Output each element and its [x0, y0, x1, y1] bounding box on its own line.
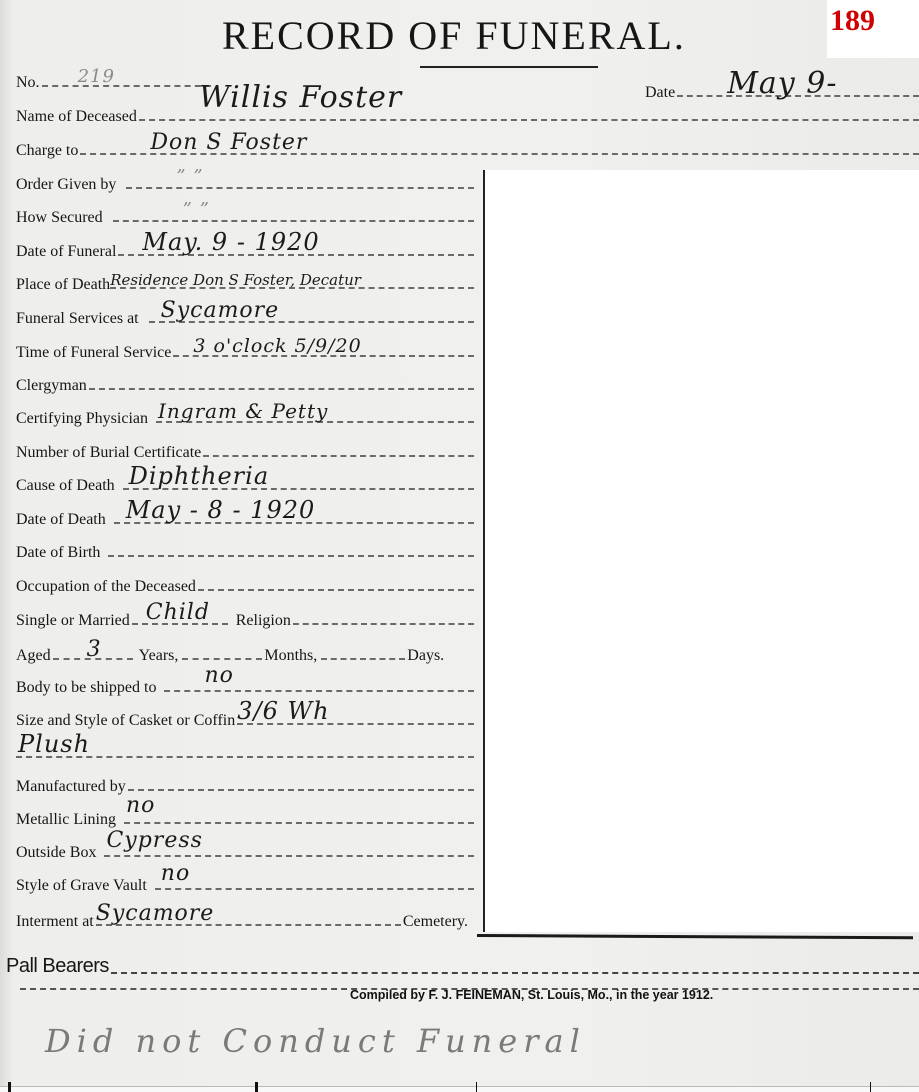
field-label: Pall Bearers: [6, 955, 109, 978]
field-label: How Secured: [16, 209, 103, 227]
field-label: Place of Death: [16, 276, 110, 294]
field-clergyman: Clergyman: [16, 371, 474, 395]
field-value[interactable]: 3 o'clock 5/9/20: [193, 335, 361, 357]
field-label: Style of Grave Vault: [16, 877, 147, 895]
field-label: Order Given by: [16, 176, 116, 194]
blank-panel: [483, 170, 919, 932]
field-label: Metallic Lining: [16, 811, 116, 829]
field-date-of-birth: Date of Birth: [16, 538, 474, 562]
field-value[interactable]: Sycamore: [161, 298, 280, 323]
field-casket-size-style: Size and Style of Casket or Coffin 3/6 W…: [16, 706, 474, 730]
field-manufactured-by: Manufactured by: [16, 772, 474, 796]
field-value[interactable]: ” ”: [176, 166, 203, 187]
field-date: Date May 9-: [645, 78, 919, 102]
field-value[interactable]: Cypress: [106, 828, 202, 853]
field-value[interactable]: ” ”: [183, 199, 210, 220]
field-value[interactable]: Ingram & Petty: [158, 399, 328, 423]
field-label: Body to be shipped to: [16, 679, 156, 697]
months-label: Months,: [264, 647, 317, 665]
field-value-continuation[interactable]: Plush: [18, 730, 90, 758]
field-value[interactable]: Don S Foster: [150, 130, 307, 155]
edge-mark: [476, 1082, 477, 1092]
field-value[interactable]: no: [204, 663, 233, 688]
field-pall-bearers: Pall Bearers: [6, 948, 919, 978]
field-burial-certificate-number: Number of Burial Certificate: [16, 438, 474, 462]
field-label: No.: [16, 74, 40, 92]
page-number: 189: [830, 4, 875, 38]
cemetery-suffix: Cemetery.: [403, 913, 468, 931]
field-value[interactable]: 3/6 Wh: [237, 697, 329, 725]
field-certifying-physician: Certifying Physician Ingram & Petty: [16, 404, 474, 428]
edge-mark: [255, 1082, 258, 1092]
field-label: Occupation of the Deceased: [16, 578, 196, 596]
field-label: Certifying Physician: [16, 410, 148, 428]
compiled-by-imprint: Compiled by F. J. FEINEMAN, St. Louis, M…: [350, 988, 713, 1002]
field-label: Interment at: [16, 913, 94, 931]
field-value[interactable]: 219: [78, 66, 115, 87]
field-value[interactable]: May. 9 - 1920: [142, 228, 319, 256]
field-single-or-married: Single or Married Child Religion: [16, 606, 474, 630]
field-value[interactable]: Willis Foster: [199, 80, 402, 115]
field-value[interactable]: Diphtheria: [129, 462, 270, 490]
field-label: Cause of Death: [16, 477, 115, 495]
field-value[interactable]: no: [161, 861, 190, 886]
field-date-of-funeral: Date of Funeral May. 9 - 1920: [16, 237, 474, 261]
field-label: Date of Birth: [16, 544, 100, 562]
field-aged: Aged 3 Years, Months, Days.: [16, 641, 464, 665]
field-label: Funeral Services at: [16, 310, 139, 328]
field-label: Clergyman: [16, 377, 87, 395]
field-label: Date of Death: [16, 511, 106, 529]
page-bottom-edge: [0, 1086, 919, 1092]
field-outside-box: Outside Box Cypress: [16, 838, 474, 862]
edge-mark: [870, 1082, 871, 1092]
field-label: Size and Style of Casket or Coffin: [16, 712, 235, 730]
field-value[interactable]: Child: [146, 600, 210, 625]
field-casket-continuation: Plush: [16, 739, 474, 763]
field-occupation: Occupation of the Deceased: [16, 572, 474, 596]
field-no: No. 219: [16, 68, 211, 92]
field-how-secured: How Secured ” ”: [16, 203, 474, 227]
field-label: Single or Married: [16, 612, 130, 630]
field-label: Manufactured by: [16, 778, 126, 796]
field-place-of-death: Place of Death Residence Don S Foster, D…: [16, 270, 474, 294]
field-value[interactable]: Sycamore: [96, 901, 215, 926]
page-title: RECORD OF FUNERAL.: [222, 12, 686, 59]
field-time-of-funeral-service: Time of Funeral Service 3 o'clock 5/9/20: [16, 338, 474, 362]
field-interment-at: Interment at Sycamore Cemetery.: [16, 907, 468, 931]
field-date-of-death: Date of Death May - 8 - 1920: [16, 505, 474, 529]
field-metallic-lining: Metallic Lining no: [16, 805, 474, 829]
field-label: Date of Funeral: [16, 243, 116, 261]
field-value[interactable]: May - 8 - 1920: [126, 496, 316, 524]
field-charge-to: Charge to Don S Foster: [16, 136, 919, 160]
days-label: Days.: [407, 647, 444, 665]
field-label: Date: [645, 84, 675, 102]
field-value[interactable]: no: [126, 793, 155, 818]
field-value[interactable]: May 9-: [727, 66, 837, 101]
field-grave-vault-style: Style of Grave Vault no: [16, 871, 474, 895]
edge-mark: [8, 1082, 11, 1092]
handwritten-note: Did not Conduct Funeral: [45, 1022, 586, 1060]
field-label: Time of Funeral Service: [16, 344, 171, 362]
field-funeral-services-at: Funeral Services at Sycamore: [16, 304, 474, 328]
years-label: Years,: [139, 647, 179, 665]
field-label: Outside Box: [16, 844, 96, 862]
religion-label: Religion: [236, 612, 291, 630]
field-order-given-by: Order Given by ” ”: [16, 170, 474, 194]
field-label: Aged: [16, 647, 51, 665]
field-cause-of-death: Cause of Death Diphtheria: [16, 471, 474, 495]
field-label: Name of Deceased: [16, 108, 137, 126]
field-label: Number of Burial Certificate: [16, 444, 201, 462]
field-label: Charge to: [16, 142, 78, 160]
title-underline: [420, 66, 598, 68]
field-value[interactable]: Residence Don S Foster, Decatur: [110, 271, 361, 289]
years-value[interactable]: 3: [87, 637, 102, 662]
field-body-shipped-to: Body to be shipped to no: [16, 673, 474, 697]
field-name-of-deceased: Name of Deceased Willis Foster: [16, 102, 919, 126]
